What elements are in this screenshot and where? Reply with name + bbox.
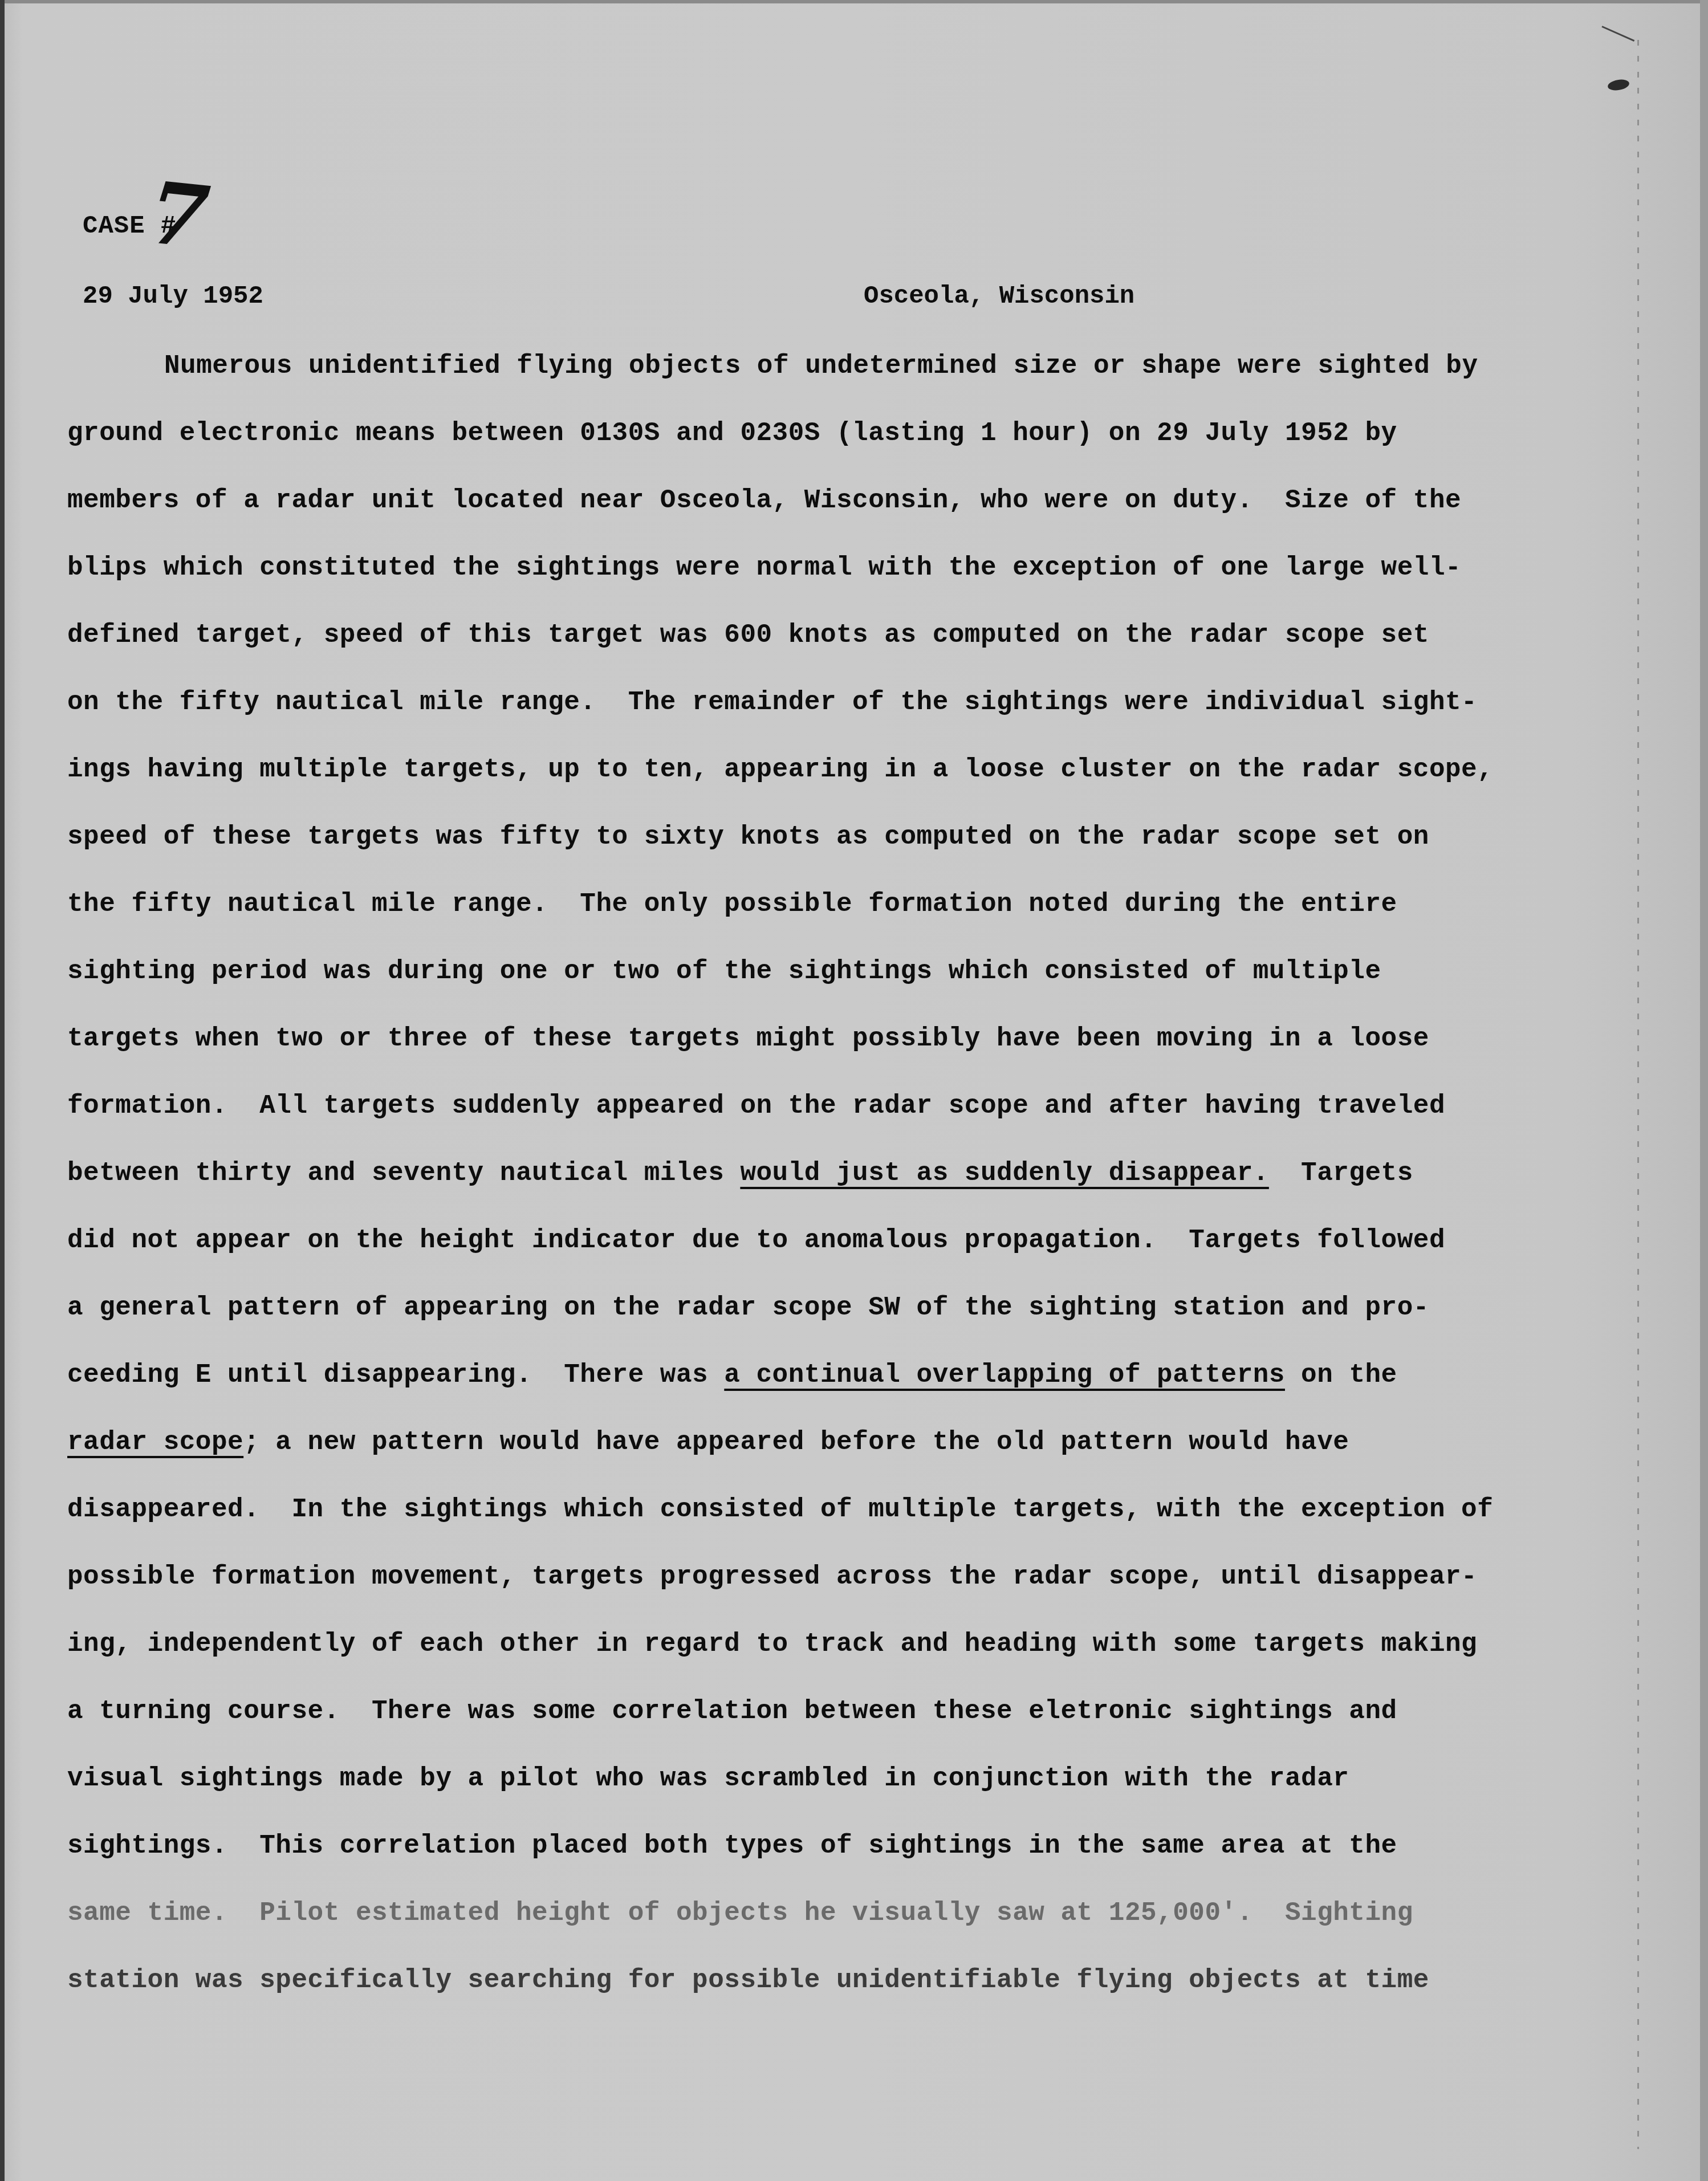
body-line: ceeding E until disappearing. There was … (67, 1358, 1595, 1425)
underlined-text: would just as suddenly disappear. (740, 1158, 1268, 1188)
body-line: blips which constituted the sightings we… (67, 551, 1595, 618)
body-line: Numerous unidentified flying objects of … (67, 349, 1595, 416)
line-text: ceeding E until disappearing. There was (67, 1360, 724, 1390)
scan-left-edge (0, 0, 5, 2181)
staple-mark (1607, 78, 1630, 92)
body-line: members of a radar unit located near Osc… (67, 483, 1595, 551)
corner-mark (1601, 26, 1634, 42)
page-fold-line (1637, 40, 1639, 2149)
body-line: ing, independently of each other in rega… (67, 1627, 1595, 1694)
underlined-text: radar scope (67, 1427, 243, 1457)
report-body: Numerous unidentified flying objects of … (67, 349, 1595, 2031)
body-line: station was specifically searching for p… (67, 1963, 1595, 2031)
scan-right-edge (1700, 0, 1708, 2181)
line-text: Targets (1269, 1158, 1413, 1188)
body-line: same time. Pilot estimated height of obj… (67, 1896, 1595, 1963)
underlined-text: a continual overlapping of patterns (724, 1360, 1285, 1390)
body-line: between thirty and seventy nautical mile… (67, 1156, 1595, 1223)
document-page: CASE # 7 29 July 1952 Osceola, Wisconsin… (0, 0, 1708, 2181)
body-line: formation. All targets suddenly appeared… (67, 1089, 1595, 1156)
body-line: speed of these targets was fifty to sixt… (67, 820, 1595, 887)
body-line: a turning course. There was some correla… (67, 1694, 1595, 1761)
body-line: sightings. This correlation placed both … (67, 1829, 1595, 1896)
body-line: the fifty nautical mile range. The only … (67, 887, 1595, 954)
body-line: visual sightings made by a pilot who was… (67, 1761, 1595, 1829)
body-line: sighting period was during one or two of… (67, 954, 1595, 1022)
line-text: between thirty and seventy nautical mile… (67, 1158, 740, 1188)
body-line: a general pattern of appearing on the ra… (67, 1291, 1595, 1358)
body-line: defined target, speed of this target was… (67, 618, 1595, 685)
body-line: possible formation movement, targets pro… (67, 1560, 1595, 1627)
report-location: Osceola, Wisconsin (864, 282, 1134, 311)
body-line: targets when two or three of these targe… (67, 1022, 1595, 1089)
body-line: ground electronic means between 0130S an… (67, 416, 1595, 483)
body-line: did not appear on the height indicator d… (67, 1223, 1595, 1291)
scan-top-edge (0, 0, 1708, 3)
report-date: 29 July 1952 (83, 282, 263, 311)
body-line: disappeared. In the sightings which cons… (67, 1492, 1595, 1560)
line-text: on the (1285, 1360, 1397, 1390)
line-text: ; a new pattern would have appeared befo… (243, 1427, 1349, 1457)
body-line: on the fifty nautical mile range. The re… (67, 685, 1595, 752)
body-line: ings having multiple targets, up to ten,… (67, 752, 1595, 820)
body-line: radar scope; a new pattern would have ap… (67, 1425, 1595, 1492)
case-number-handwritten: 7 (144, 162, 214, 268)
